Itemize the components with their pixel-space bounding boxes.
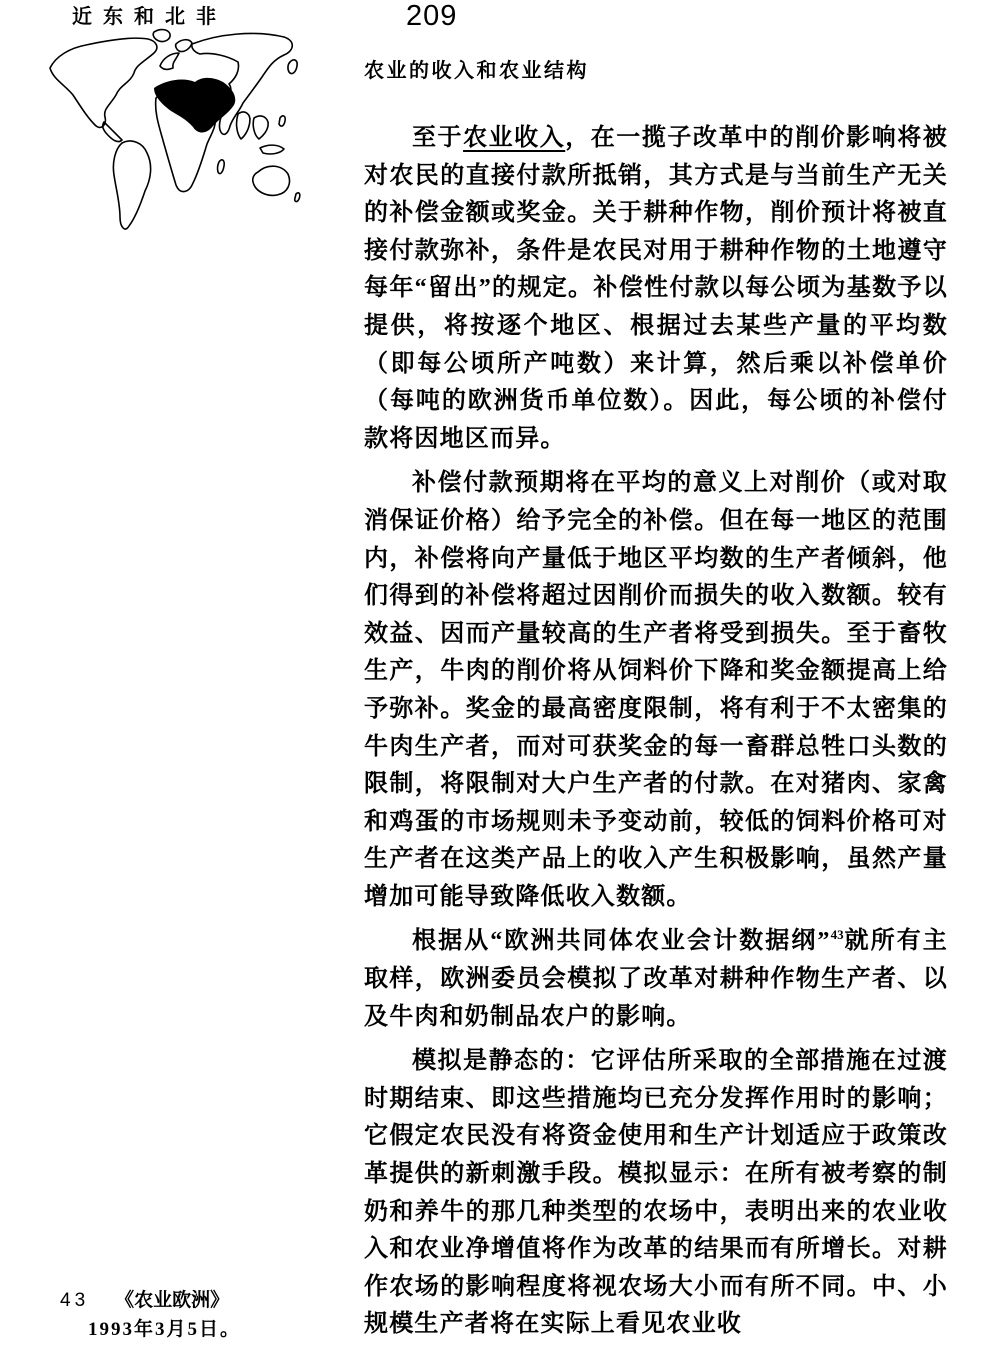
map-highlight-near-east-north-africa bbox=[154, 78, 235, 133]
document-page: 近东和北非 bbox=[0, 0, 1000, 1347]
map-philippines bbox=[279, 116, 285, 126]
paragraph-1: 至于农业收入，在一揽子改革中的削价影响将被对农民的直接付款所抵销，其方式是与当前… bbox=[364, 120, 948, 458]
map-japan bbox=[288, 60, 297, 74]
map-australia bbox=[253, 166, 290, 195]
map-central-america bbox=[103, 122, 122, 142]
paragraph-1-rest: ，在一揽子改革中的削价影响将被对农民的直接付款所抵销，其方式是与当前生产无关的补… bbox=[364, 125, 948, 452]
footnote-source: 《农业欧洲》 bbox=[115, 1290, 229, 1311]
paragraph-4: 模拟是静态的：它评估所采取的全部措施在过渡时期结束、即这些措施均已充分发挥作用时… bbox=[364, 1043, 948, 1344]
paragraph-3-before-ref: 根据从“欧洲共同体农业会计数据纲” bbox=[412, 928, 831, 954]
map-scandinavia bbox=[176, 40, 192, 52]
map-southeast-asia bbox=[253, 116, 268, 139]
paragraph-1-lead: 至于 bbox=[412, 125, 463, 151]
paragraph-2: 补偿付款预期将在平均的意义上对削价（或对取消保证价格）给予完全的补偿。但在每一地… bbox=[364, 465, 948, 916]
footnote-reference-43: 43 bbox=[831, 927, 844, 942]
map-madagascar bbox=[218, 160, 225, 174]
map-greenland bbox=[153, 30, 170, 42]
map-north-america bbox=[50, 38, 157, 127]
map-indonesia bbox=[260, 145, 284, 154]
footnote-date: 1993年3月5日。 bbox=[60, 1315, 241, 1344]
paragraph-1-underlined-term: 农业收入 bbox=[463, 125, 565, 151]
map-europe bbox=[160, 53, 179, 69]
body-text: 至于农业收入，在一揽子改革中的削价影响将被对农民的直接付款所抵销，其方式是与当前… bbox=[364, 120, 948, 1344]
footnote: 43《农业欧洲》 1993年3月5日。 bbox=[60, 1286, 241, 1344]
map-south-america bbox=[113, 141, 150, 229]
world-map bbox=[42, 22, 317, 260]
page-number: 209 bbox=[406, 0, 457, 33]
map-india bbox=[237, 112, 250, 139]
section-title: 农业的收入和农业结构 bbox=[364, 54, 589, 83]
map-new-zealand bbox=[295, 193, 300, 202]
footnote-number: 43 bbox=[60, 1286, 89, 1315]
world-map-figure bbox=[42, 22, 317, 260]
paragraph-3: 根据从“欧洲共同体农业会计数据纲”43就所有主取样，欧洲委员会模拟了改革对耕种作… bbox=[364, 923, 948, 1036]
